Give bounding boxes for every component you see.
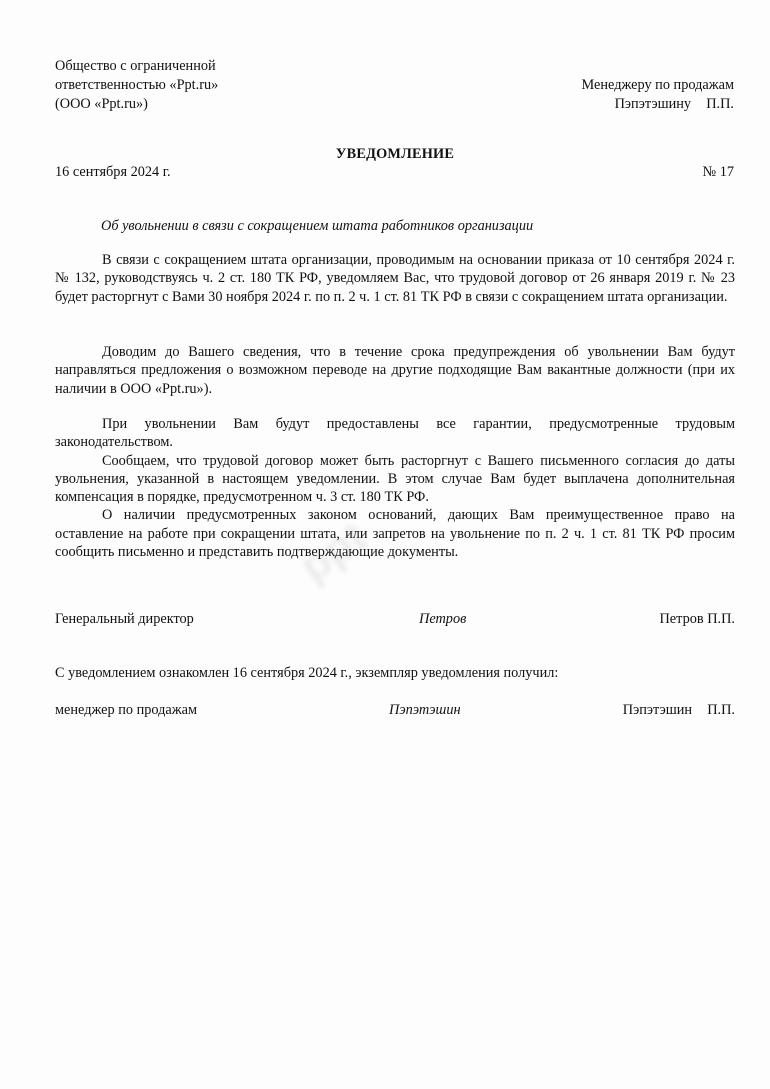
sender-block: Общество с ограниченной ответственностью… xyxy=(55,57,218,114)
sender-line: (ООО «Ppt.ru») xyxy=(55,95,218,114)
employee-signature: Пэпэтэшин xyxy=(389,702,461,719)
document-title: УВЕДОМЛЕНИЕ xyxy=(0,146,770,163)
director-name: Петров П.П. xyxy=(659,611,735,628)
document-date: 16 сентября 2024 г. xyxy=(55,164,171,181)
recipient-position: Менеджеру по продажам xyxy=(582,76,734,95)
document-page: Общество с ограниченной ответственностью… xyxy=(0,0,770,1089)
paragraph: Доводим до Вашего сведения, что в течени… xyxy=(55,343,735,398)
recipient-block: Менеджеру по продажам Пэпэтэшину П.П. xyxy=(582,76,734,114)
paragraph-block-2: Доводим до Вашего сведения, что в течени… xyxy=(55,343,735,398)
paragraph: О наличии предусмотренных законом основа… xyxy=(55,506,735,561)
acknowledgement-text: С уведомлением ознакомлен 16 сентября 20… xyxy=(55,665,558,682)
paragraph-block-1: В связи с сокращением штата организации,… xyxy=(55,251,735,306)
paragraph: Сообщаем, что трудовой договор может быт… xyxy=(55,452,735,507)
employee-signature-row: менеджер по продажам Пэпэтэшин Пэпэтэшин… xyxy=(55,702,735,722)
document-subject: Об увольнении в связи с сокращением штат… xyxy=(101,218,533,235)
paragraph-block-3: При увольнении Вам будут предоставлены в… xyxy=(55,415,735,561)
director-role: Генеральный директор xyxy=(55,611,194,628)
sender-line: Общество с ограниченной xyxy=(55,57,218,76)
paragraph: В связи с сокращением штата организации,… xyxy=(55,251,735,306)
document-number: № 17 xyxy=(702,164,734,181)
director-signature: Петров xyxy=(419,611,466,628)
recipient-name: Пэпэтэшину П.П. xyxy=(582,95,734,114)
paragraph: При увольнении Вам будут предоставлены в… xyxy=(55,415,735,452)
employee-name: Пэпэтэшин П.П. xyxy=(623,702,735,719)
director-signature-row: Генеральный директор Петров Петров П.П. xyxy=(55,611,735,631)
employee-role: менеджер по продажам xyxy=(55,702,197,719)
sender-line: ответственностью «Ppt.ru» xyxy=(55,76,218,95)
